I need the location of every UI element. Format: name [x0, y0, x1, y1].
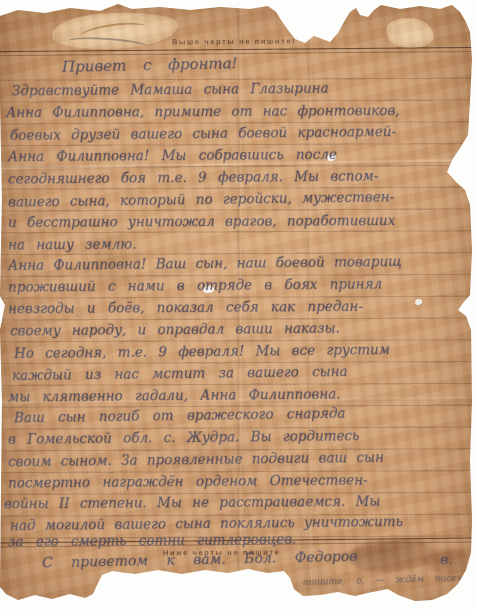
- handwritten-line: на нашу землю.: [8, 237, 136, 254]
- handwritten-line: посмертно награждён орденом Отечествен-: [8, 472, 368, 491]
- handwritten-line: проживший с нами в отряде в боях принял: [8, 276, 382, 295]
- paper-sheet: Выше черты не пишите! Ниже черты не пиши…: [0, 0, 477, 609]
- handwritten-line: Здравствуйте Мамаша сына Глазырина: [12, 81, 329, 100]
- handwritten-line: невзгоды и боёв, показал себя как предан…: [8, 299, 363, 317]
- handwritten-line: мы клятвенно гадали, Анна Филипповна.: [8, 387, 341, 406]
- signature-tail: в.: [440, 552, 453, 568]
- handwritten-line: Привет с фронта!: [62, 54, 238, 76]
- handwritten-line: за его смерть сотни гитлеровцев.: [8, 532, 296, 551]
- handwritten-line: Анна Филипповна! Мы собравшись после: [8, 147, 337, 165]
- handwritten-line: и бесстрашно уничтожал врагов, поработив…: [8, 213, 395, 231]
- letter-photo: Выше черты не пишите! Ниже черты не пиши…: [0, 0, 477, 609]
- handwritten-line: войны II степени. Мы не расстраиваемся. …: [4, 494, 380, 513]
- torn-patch: [385, 16, 436, 51]
- handwritten-line: Анна Филипповна, примите от нас фронтови…: [6, 103, 400, 121]
- printed-header-text: Выше черты не пишите!: [172, 37, 296, 47]
- handwritten-line: своему народу, и оправдал ваши наказы.: [10, 321, 340, 340]
- handwritten-line: сегодняшнего боя т.е. 9 февраля. Мы вспо…: [8, 168, 378, 187]
